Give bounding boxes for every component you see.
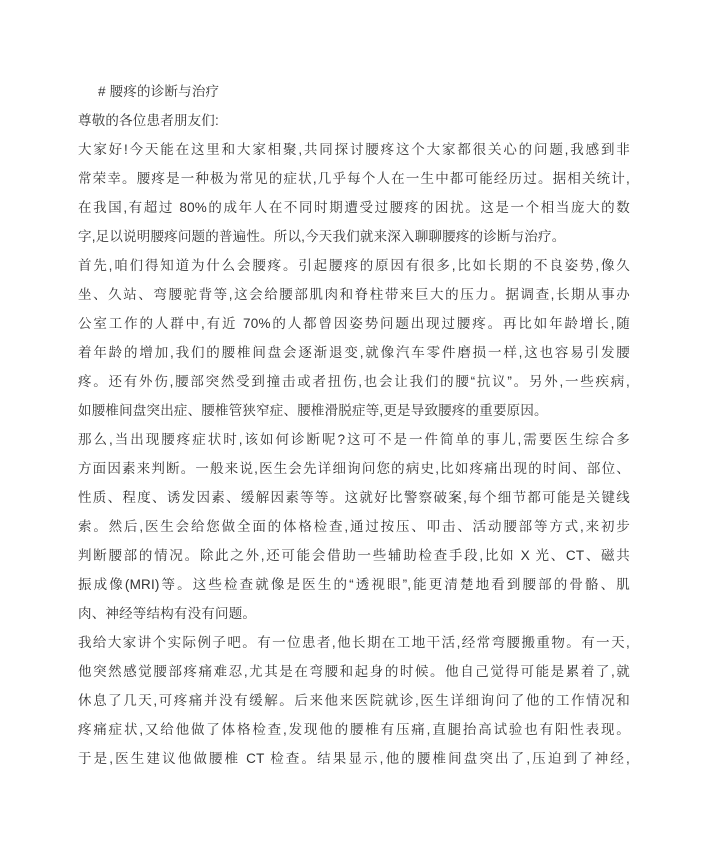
- text-line: 振成像(MRI)等。这些检查就像是医生的“透视眼”,能更清楚地看到腰部的骨骼、肌: [78, 570, 630, 599]
- text-line: 尊敬的各位患者朋友们:: [78, 106, 630, 135]
- text-line: 疼痛症状,又给他做了体格检查,发现他的腰椎有压痛,直腿抬高试验也有阳性表现。: [78, 715, 630, 744]
- text-line: 如腰椎间盘突出症、腰椎管狭窄症、腰椎滑脱症等,更是导致腰疼的重要原因。: [78, 396, 630, 425]
- text-line: 坐、久站、弯腰驼背等,这会给腰部肌肉和脊柱带来巨大的压力。据调查,长期从事办: [78, 280, 630, 309]
- text-line: 常荣幸。腰疼是一种极为常见的症状,几乎每个人在一生中都可能经历过。据相关统计,: [78, 164, 630, 193]
- text-line: 肉、神经等结构有没有问题。: [78, 599, 630, 628]
- text-line: 休息了几天,可疼痛并没有缓解。后来他来医院就诊,医生详细询问了他的工作情况和: [78, 686, 630, 715]
- document-body: # 腰疼的诊断与治疗尊敬的各位患者朋友们:大家好!今天能在这里和大家相聚,共同探…: [78, 77, 630, 773]
- text-line: 方面因素来判断。一般来说,医生会先详细询问您的病史,比如疼痛出现的时间、部位、: [78, 454, 630, 483]
- text-line: 于是,医生建议他做腰椎 CT 检查。结果显示,他的腰椎间盘突出了,压迫到了神经,: [78, 744, 630, 773]
- text-line: 我给大家讲个实际例子吧。有一位患者,他长期在工地干活,经常弯腰搬重物。有一天,: [78, 628, 630, 657]
- text-line: 疼。还有外伤,腰部突然受到撞击或者扭伤,也会让我们的腰“抗议”。另外,一些疾病,: [78, 367, 630, 396]
- text-line: 字,足以说明腰疼问题的普遍性。所以,今天我们就来深入聊聊腰疼的诊断与治疗。: [78, 222, 630, 251]
- text-line: 索。然后,医生会给您做全面的体格检查,通过按压、叩击、活动腰部等方式,来初步: [78, 512, 630, 541]
- text-line: 判断腰部的情况。除此之外,还可能会借助一些辅助检查手段,比如 X 光、CT、磁共: [78, 541, 630, 570]
- text-line: 首先,咱们得知道为什么会腰疼。引起腰疼的原因有很多,比如长期的不良姿势,像久: [78, 251, 630, 280]
- text-line: 性质、程度、诱发因素、缓解因素等等。这就好比警察破案,每个细节都可能是关键线: [78, 483, 630, 512]
- heading-line: # 腰疼的诊断与治疗: [78, 77, 630, 106]
- text-line: 大家好!今天能在这里和大家相聚,共同探讨腰疼这个大家都很关心的问题,我感到非: [78, 135, 630, 164]
- text-line: 在我国,有超过 80%的成年人在不同时期遭受过腰疼的困扰。这是一个相当庞大的数: [78, 193, 630, 222]
- text-line: 着年龄的增加,我们的腰椎间盘会逐渐退变,就像汽车零件磨损一样,这也容易引发腰: [78, 338, 630, 367]
- text-line: 公室工作的人群中,有近 70%的人都曾因姿势问题出现过腰疼。再比如年龄增长,随: [78, 309, 630, 338]
- document-page: # 腰疼的诊断与治疗尊敬的各位患者朋友们:大家好!今天能在这里和大家相聚,共同探…: [0, 0, 708, 841]
- text-line: 他突然感觉腰部疼痛难忍,尤其是在弯腰和起身的时候。他自己觉得可能是累着了,就: [78, 657, 630, 686]
- text-line: 那么,当出现腰疼症状时,该如何诊断呢?这可不是一件简单的事儿,需要医生综合多: [78, 425, 630, 454]
